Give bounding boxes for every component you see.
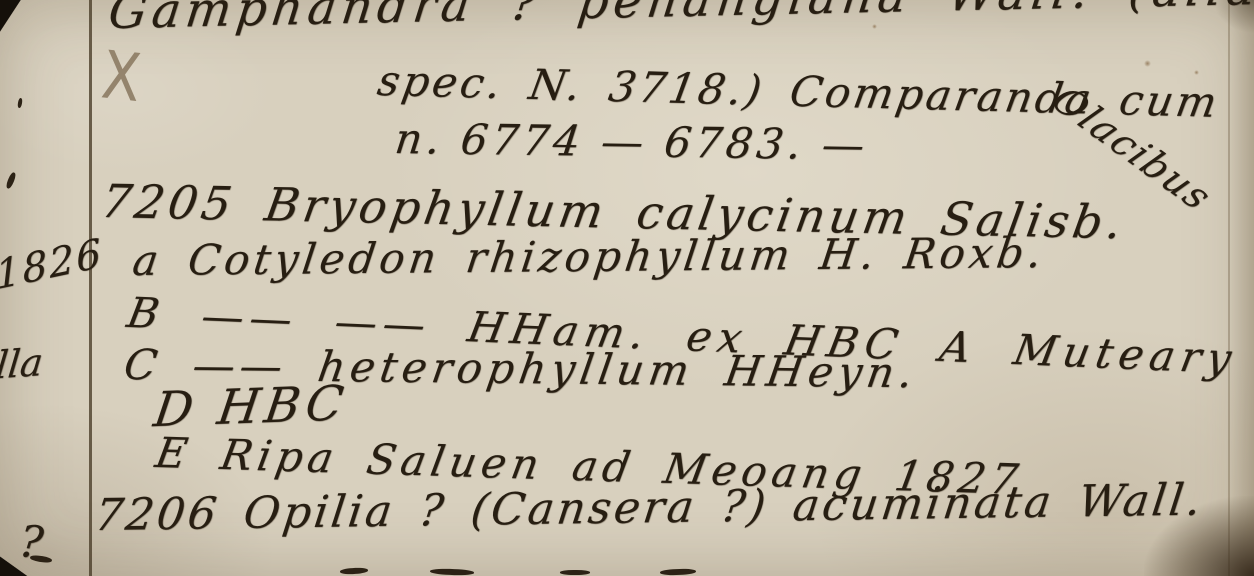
cropped-line-fragment	[560, 570, 590, 575]
column-divider-line	[89, 0, 92, 576]
cropped-line-fragment	[660, 568, 696, 575]
cropped-line-fragment	[430, 568, 474, 576]
margin-fragment-word: illa	[0, 342, 45, 388]
margin-ink-tick	[17, 98, 23, 109]
paper-right-edge-shading	[1230, 0, 1254, 576]
pencil-x-mark: X	[99, 43, 144, 113]
margin-ink-tick	[5, 171, 17, 189]
manuscript-page: 1826 illa ? X Gamphandra ? penangiana Wa…	[0, 0, 1254, 576]
corner-shadow-top-left	[0, 0, 34, 52]
cropped-line-fragment	[340, 567, 368, 574]
entry-7205-sub-a: a Cotyledon rhizophyllum H. Roxb.	[130, 230, 1048, 284]
foxing-speck	[1144, 60, 1151, 67]
entry-7204-name-line: Gamphandra ? penangiana Wall. (alia	[106, 0, 1254, 39]
entry-7204-number-range: n. 6774 — 6783. —	[393, 116, 871, 169]
foxing-speck	[1194, 70, 1199, 75]
entry-7206-name-line: 7206 Opilia ? (Cansera ?) acuminata Wall…	[92, 477, 1207, 541]
foxing-speck	[872, 24, 877, 29]
